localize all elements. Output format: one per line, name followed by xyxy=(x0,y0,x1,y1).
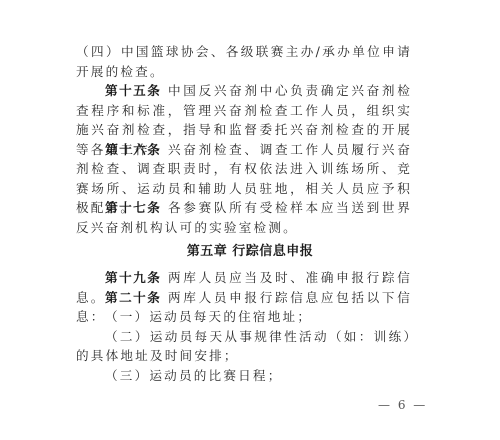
chapter-heading: 第五章 行踪信息申报 xyxy=(0,240,500,259)
document-page: （四）中国篮球协会、各级联赛主办/承办单位申请开展的检查。 第十五条 中国反兴奋… xyxy=(0,0,500,440)
article-label: 第十七条 xyxy=(105,200,161,215)
list-item-3: （三）运动员的比赛日程； xyxy=(76,366,412,386)
article-17: 第十七条 各参赛队所有受检样本应当送到世界反兴奋剂机构认可的实验室检测。 xyxy=(76,198,412,237)
paragraph-item-4: （四）中国篮球协会、各级联赛主办/承办单位申请开展的检查。 xyxy=(76,42,412,81)
article-label: 第二十条 xyxy=(105,290,161,305)
paragraph-text: （三）运动员的比赛日程； xyxy=(105,368,283,383)
paragraph-text: （二）运动员每天从事规律性活动（如：训练）的具体地址及时间安排； xyxy=(76,329,412,364)
article-label: 第十六条 xyxy=(105,142,161,157)
article-label: 第十九条 xyxy=(105,270,161,285)
paragraph-text: （一）运动员每天的住宿地址； xyxy=(105,309,312,324)
list-item-2: （二）运动员每天从事规律性活动（如：训练）的具体地址及时间安排； xyxy=(76,327,412,366)
page-number: — 6 — xyxy=(378,398,427,412)
paragraph-text: （四）中国篮球协会、各级联赛主办/承办单位申请开展的检查。 xyxy=(76,44,412,79)
list-item-1: （一）运动员每天的住宿地址； xyxy=(76,307,412,327)
article-label: 第十五条 xyxy=(105,83,161,98)
